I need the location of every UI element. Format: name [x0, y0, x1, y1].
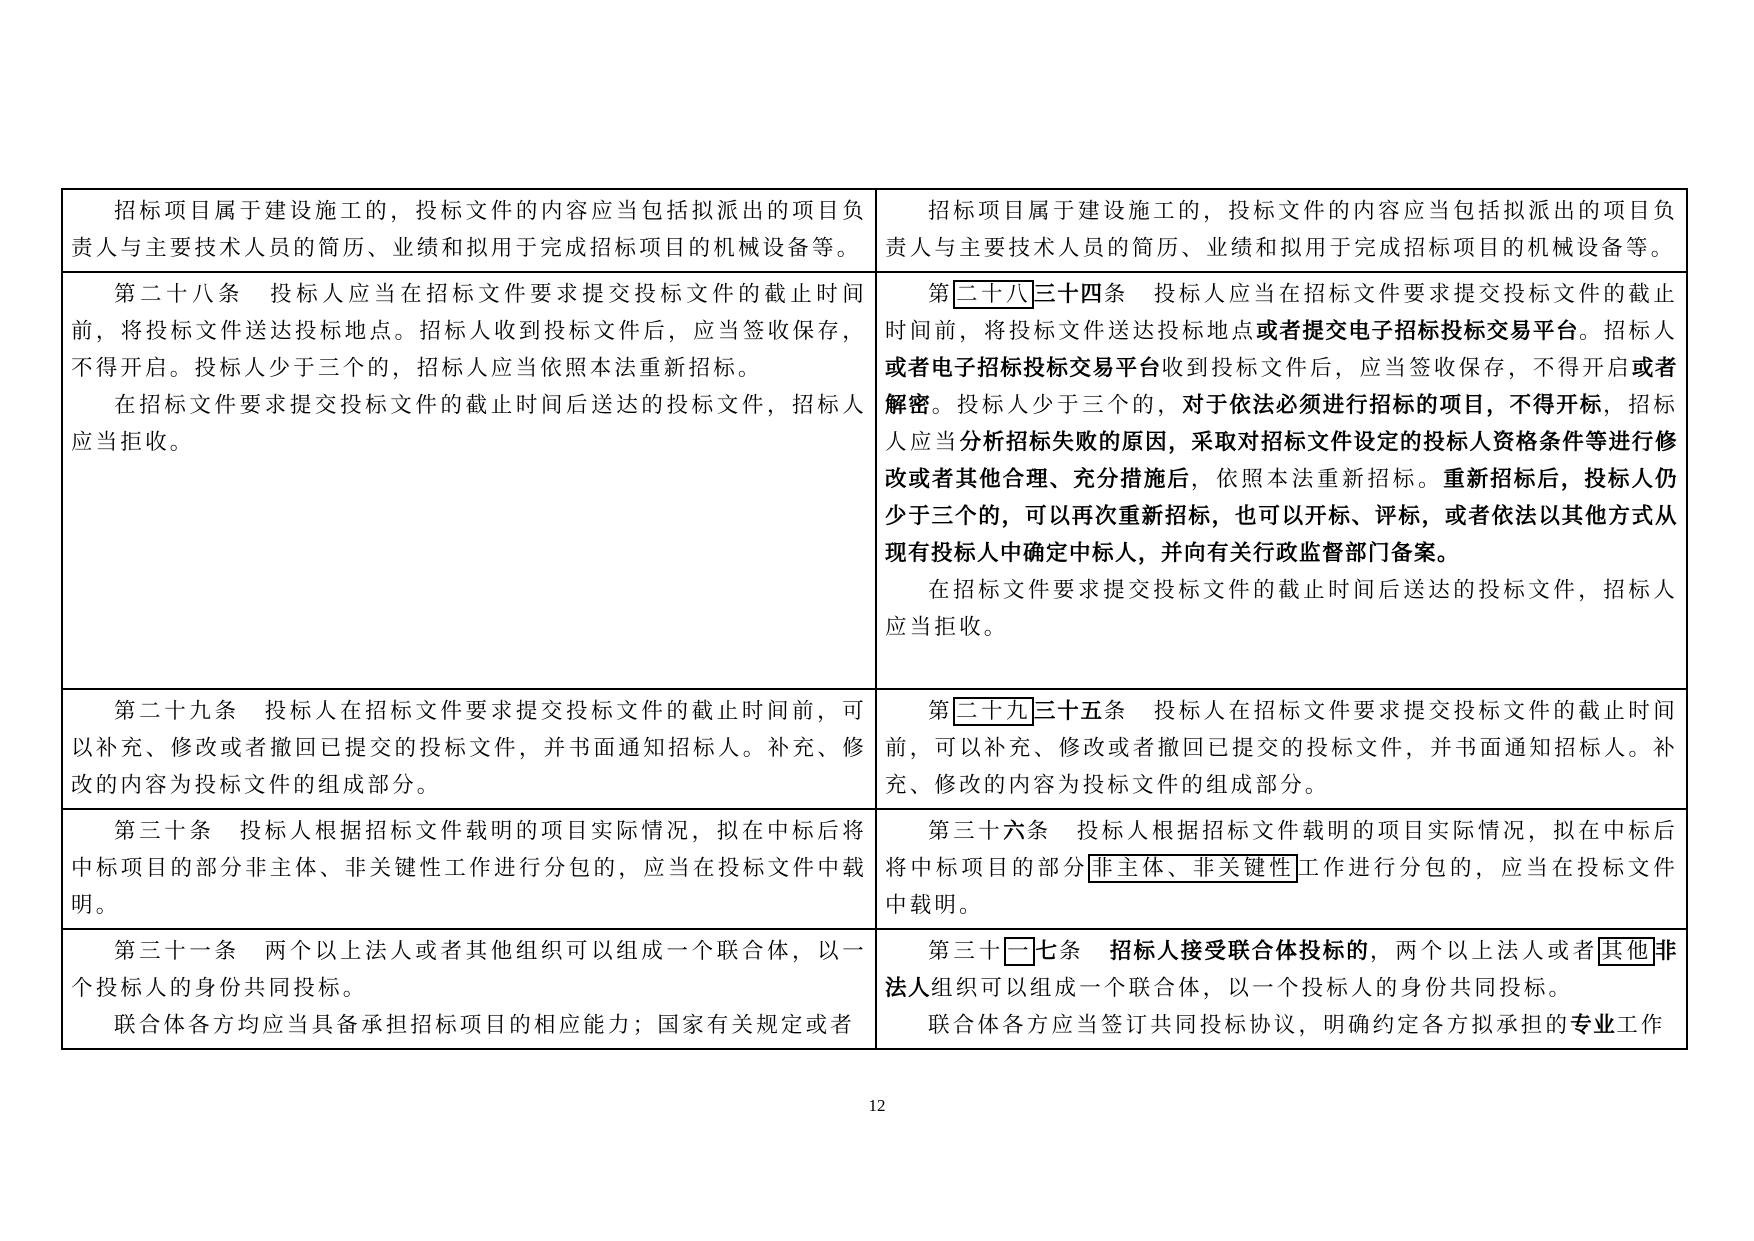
text-run: 招标项目属于建设施工的，投标文件的内容应当包括拟派出的项目负责人与主要技术人员的…: [885, 199, 1678, 261]
added-text: 或者电子招标投标交易平台: [885, 356, 1162, 381]
text-run: 第二十九条 投标人在招标文件要求提交投标文件的截止时间前，可以补充、修改或者撤回…: [71, 699, 867, 798]
added-text: 对于依法必须进行招标的项目，不得开标: [1182, 393, 1603, 418]
text-run: 第三十一条 两个以上法人或者其他组织可以组成一个联合体，以一个投标人的身份共同投…: [71, 939, 867, 1001]
paragraph: 第三十条 投标人根据招标文件载明的项目实际情况，拟在中标后将中标项目的部分非主体…: [71, 813, 867, 924]
original-text-cell: 第二十八条 投标人应当在招标文件要求提交投标文件的截止时间前，将投标文件送达投标…: [62, 272, 876, 689]
paragraph: 在招标文件要求提交投标文件的截止时间后送达的投标文件，招标人应当拒收。: [885, 572, 1678, 646]
comparison-table: 招标项目属于建设施工的，投标文件的内容应当包括拟派出的项目负责人与主要技术人员的…: [61, 188, 1688, 1050]
text-run: 第: [928, 282, 953, 307]
text-run: 招标项目属于建设施工的，投标文件的内容应当包括拟派出的项目负责人与主要技术人员的…: [71, 199, 867, 261]
original-text-cell: 第二十九条 投标人在招标文件要求提交投标文件的截止时间前，可以补充、修改或者撤回…: [62, 689, 876, 809]
deleted-text-box: 二十八: [953, 280, 1034, 309]
table-row: 第二十九条 投标人在招标文件要求提交投标文件的截止时间前，可以补充、修改或者撤回…: [62, 689, 1687, 809]
revised-text-cell: 第三十六条 投标人根据招标文件载明的项目实际情况，拟在中标后将中标项目的部分非主…: [876, 809, 1687, 929]
text-run: 第三十: [928, 819, 1003, 844]
added-text: 三十四: [1034, 282, 1104, 307]
deleted-text-box: 一: [1004, 937, 1035, 966]
deleted-text-box: 二十九: [953, 697, 1034, 726]
original-text-cell: 第三十条 投标人根据招标文件载明的项目实际情况，拟在中标后将中标项目的部分非主体…: [62, 809, 876, 929]
page-number: 12: [0, 1096, 1754, 1116]
text-run: 收到投标文件后，应当签收保存，不得开启: [1162, 356, 1632, 381]
deleted-text-box: 其他: [1598, 937, 1655, 966]
revised-text-cell: 第二十九三十五条 投标人在招标文件要求提交投标文件的截止时间前，可以补充、修改或…: [876, 689, 1687, 809]
text-run: 联合体各方应当签订共同投标协议，明确约定各方拟承担的: [928, 1013, 1570, 1038]
text-run: 条: [1059, 939, 1110, 964]
table-row: 第二十八条 投标人应当在招标文件要求提交投标文件的截止时间前，将投标文件送达投标…: [62, 272, 1687, 689]
table-row: 第三十一条 两个以上法人或者其他组织可以组成一个联合体，以一个投标人的身份共同投…: [62, 929, 1687, 1049]
revised-text-cell: 招标项目属于建设施工的，投标文件的内容应当包括拟派出的项目负责人与主要技术人员的…: [876, 189, 1687, 272]
paragraph: 第二十八条 投标人应当在招标文件要求提交投标文件的截止时间前，将投标文件送达投标…: [71, 276, 867, 387]
paragraph: 第二十九条 投标人在招标文件要求提交投标文件的截止时间前，可以补充、修改或者撤回…: [71, 693, 867, 804]
added-text: 七: [1035, 939, 1059, 964]
paragraph: 第二十八三十四条 投标人应当在招标文件要求提交投标文件的截止时间前，将投标文件送…: [885, 276, 1678, 572]
added-text: 招标人接受联合体投标的: [1110, 939, 1370, 964]
deleted-text-box: 非主体、非关键性: [1088, 854, 1297, 883]
original-text-cell: 第三十一条 两个以上法人或者其他组织可以组成一个联合体，以一个投标人的身份共同投…: [62, 929, 876, 1049]
paragraph: 联合体各方应当签订共同投标协议，明确约定各方拟承担的专业工作: [885, 1007, 1678, 1044]
text-run: 第: [928, 699, 953, 724]
text-run: ，依照本法重新招标。: [1191, 467, 1443, 492]
paragraph: 第二十九三十五条 投标人在招标文件要求提交投标文件的截止时间前，可以补充、修改或…: [885, 693, 1678, 804]
text-run: 。招标人: [1579, 319, 1678, 344]
text-run: 第三十: [928, 939, 1004, 964]
paragraph: 第三十一七条 招标人接受联合体投标的，两个以上法人或者其他非法人组织可以组成一个…: [885, 933, 1678, 1007]
paragraph: 招标项目属于建设施工的，投标文件的内容应当包括拟派出的项目负责人与主要技术人员的…: [71, 193, 867, 267]
added-text: 专业: [1570, 1013, 1616, 1038]
added-text: 六: [1003, 819, 1026, 844]
text-run: 工作: [1616, 1013, 1665, 1038]
text-run: 在招标文件要求提交投标文件的截止时间后送达的投标文件，招标人应当拒收。: [885, 578, 1678, 640]
table-row: 第三十条 投标人根据招标文件载明的项目实际情况，拟在中标后将中标项目的部分非主体…: [62, 809, 1687, 929]
paragraph: 在招标文件要求提交投标文件的截止时间后送达的投标文件，招标人应当拒收。: [71, 387, 867, 461]
paragraph: 联合体各方均应当具备承担招标项目的相应能力；国家有关规定或者: [71, 1007, 867, 1044]
revised-text-cell: 第三十一七条 招标人接受联合体投标的，两个以上法人或者其他非法人组织可以组成一个…: [876, 929, 1687, 1049]
text-run: 组织可以组成一个联合体，以一个投标人的身份共同投标。: [931, 976, 1573, 1001]
added-text: 三十五: [1034, 699, 1104, 724]
text-run: 第二十八条 投标人应当在招标文件要求提交投标文件的截止时间前，将投标文件送达投标…: [71, 282, 867, 381]
text-run: 第三十条 投标人根据招标文件载明的项目实际情况，拟在中标后将中标项目的部分非主体…: [71, 819, 867, 918]
text-run: 在招标文件要求提交投标文件的截止时间后送达的投标文件，招标人应当拒收。: [71, 393, 867, 455]
original-text-cell: 招标项目属于建设施工的，投标文件的内容应当包括拟派出的项目负责人与主要技术人员的…: [62, 189, 876, 272]
text-run: ，两个以上法人或者: [1370, 939, 1598, 964]
paragraph: 第三十一条 两个以上法人或者其他组织可以组成一个联合体，以一个投标人的身份共同投…: [71, 933, 867, 1007]
text-run: 联合体各方均应当具备承担招标项目的相应能力；国家有关规定或者: [114, 1013, 855, 1038]
paragraph: 第三十六条 投标人根据招标文件载明的项目实际情况，拟在中标后将中标项目的部分非主…: [885, 813, 1678, 924]
revised-text-cell: 第二十八三十四条 投标人应当在招标文件要求提交投标文件的截止时间前，将投标文件送…: [876, 272, 1687, 689]
added-text: 或者提交电子招标投标交易平台: [1256, 319, 1579, 344]
text-run: 。投标人少于三个的，: [932, 393, 1183, 418]
table-row: 招标项目属于建设施工的，投标文件的内容应当包括拟派出的项目负责人与主要技术人员的…: [62, 189, 1687, 272]
paragraph: 招标项目属于建设施工的，投标文件的内容应当包括拟派出的项目负责人与主要技术人员的…: [885, 193, 1678, 267]
